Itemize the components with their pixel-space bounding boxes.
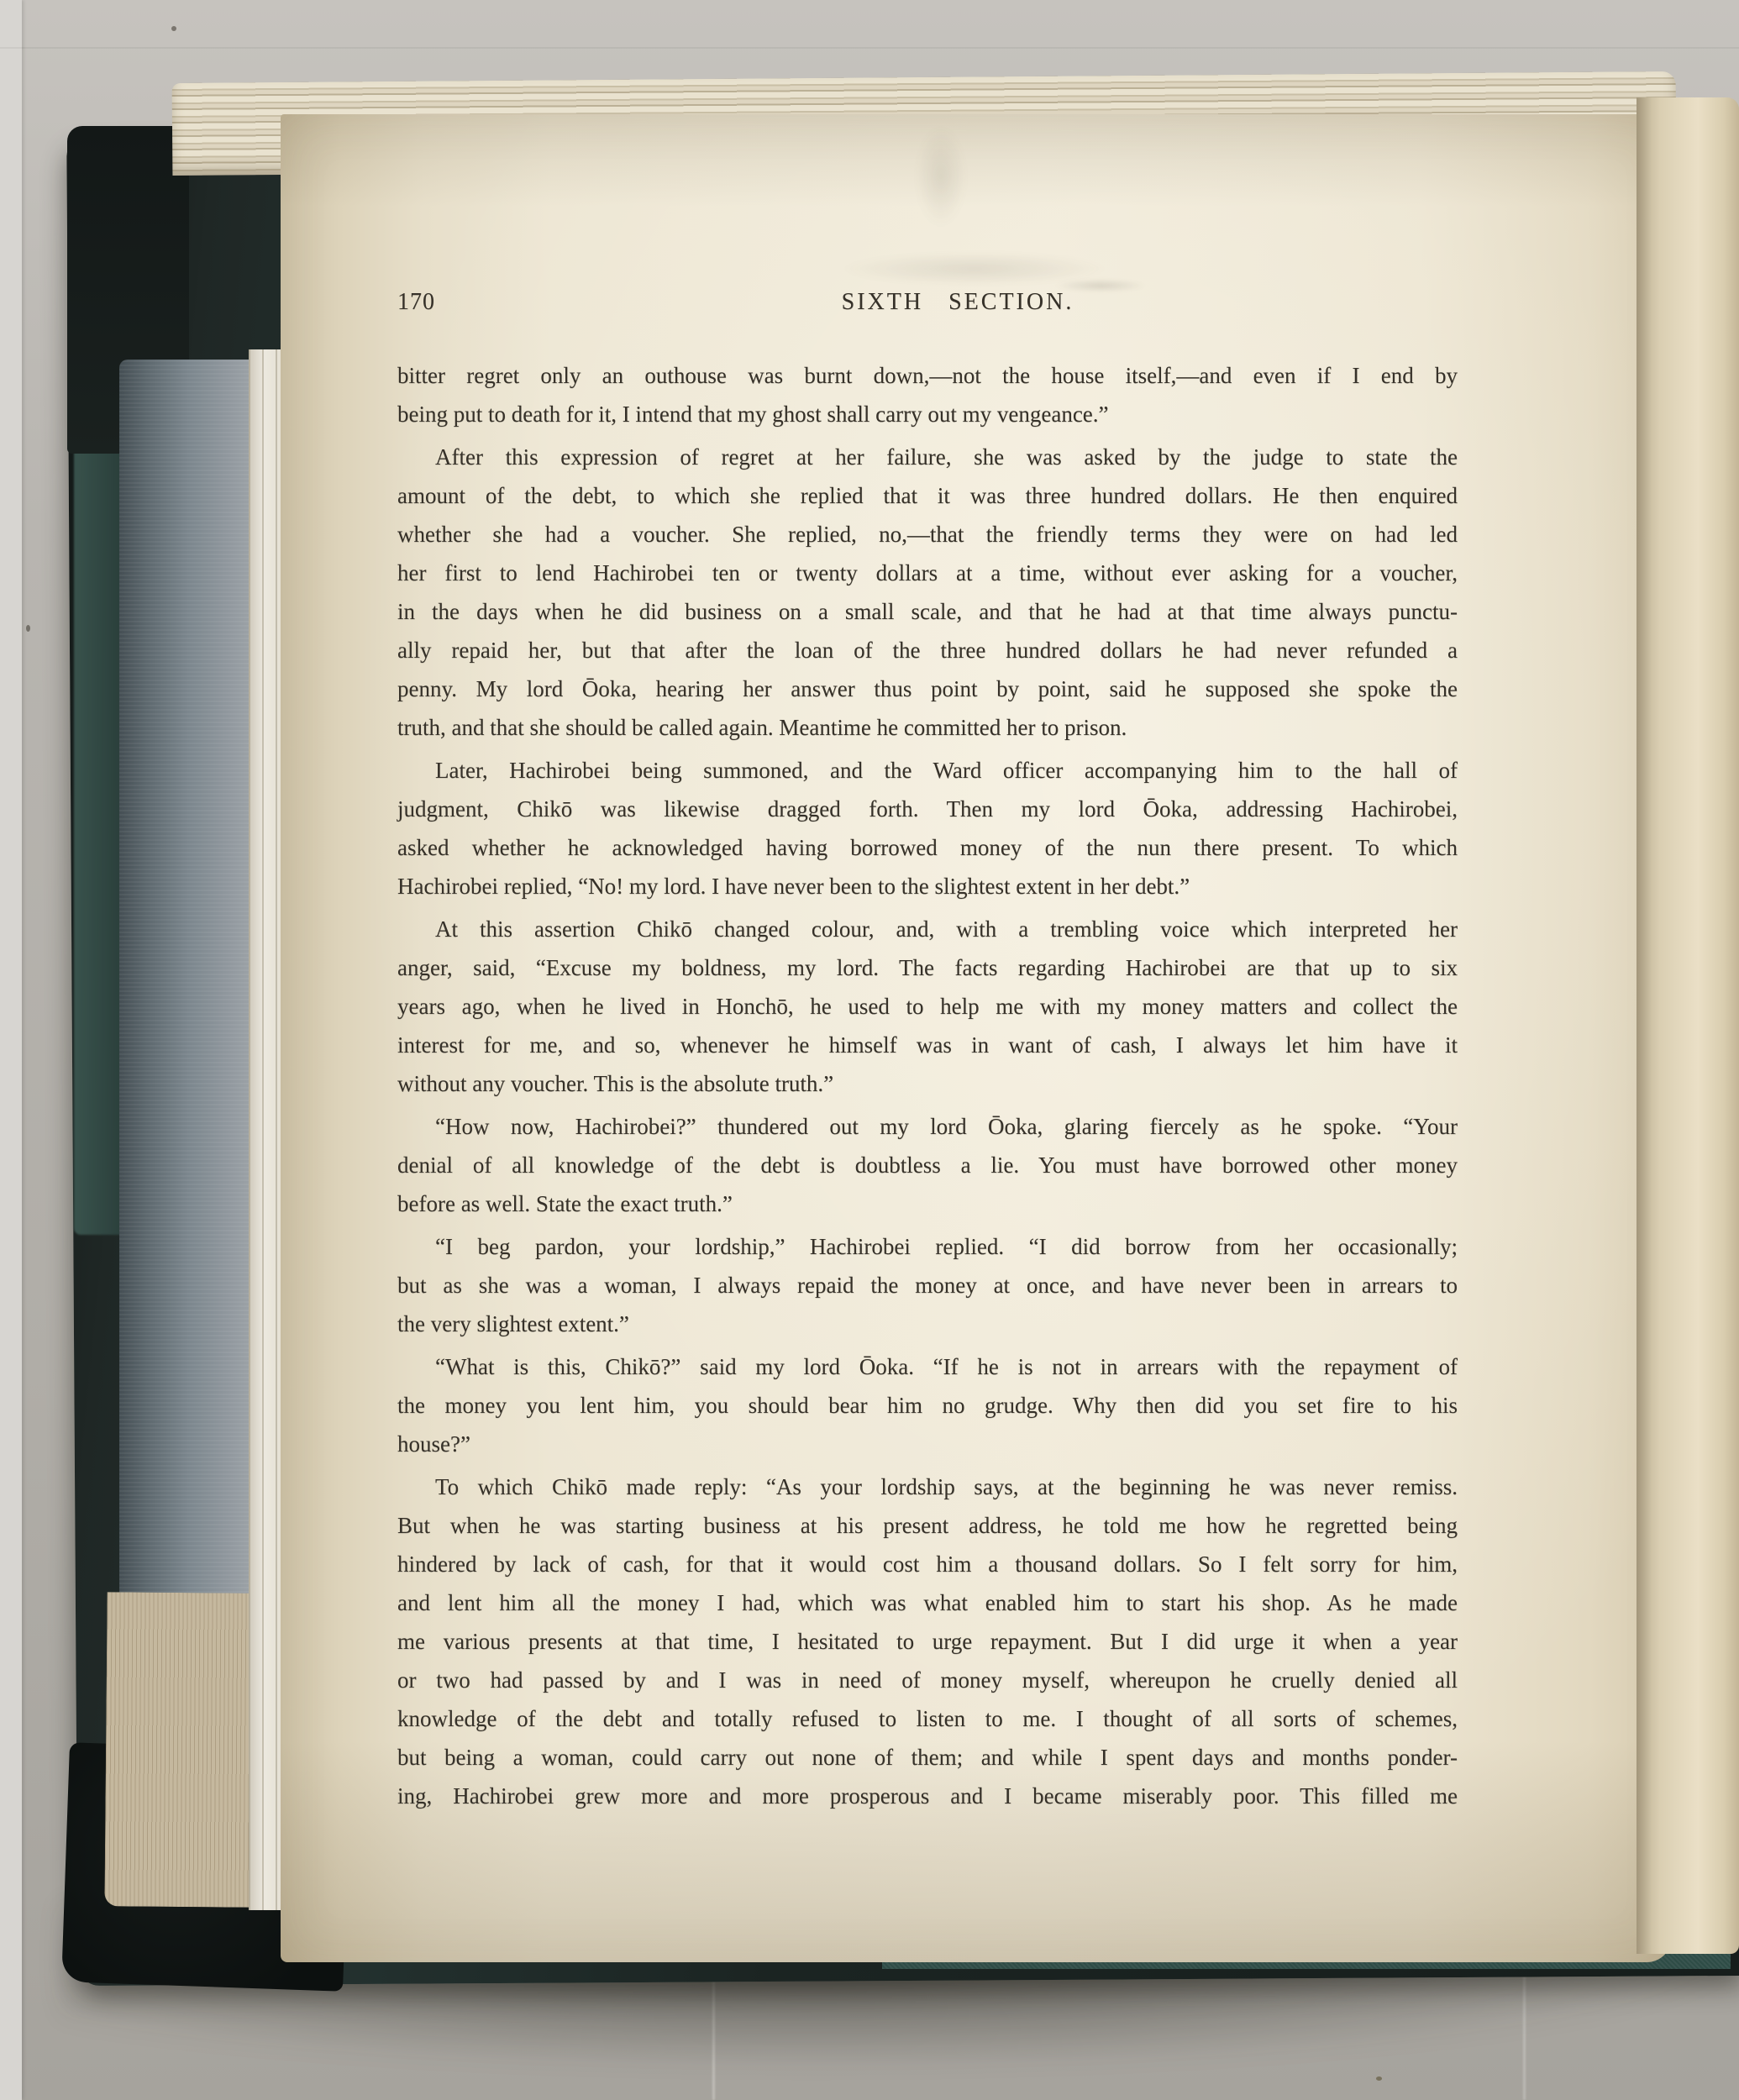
text-line: At this assertion Chikō changed colour, … bbox=[397, 910, 1458, 948]
page-curl-right bbox=[1637, 97, 1739, 1954]
text-line: hindered by lack of cash, for that it wo… bbox=[397, 1545, 1458, 1583]
page-stack-fore-edge bbox=[104, 1592, 253, 1908]
running-header: SIXTH SECTION. bbox=[842, 289, 1074, 316]
text-line: ing, Hachirobei grew more and more prosp… bbox=[397, 1777, 1458, 1815]
dust-speck bbox=[1376, 2076, 1382, 2081]
text-line: without any voucher. This is the absolut… bbox=[397, 1064, 1458, 1103]
paragraph: At this assertion Chikō changed colour, … bbox=[397, 910, 1458, 1103]
text-line: truth, and that she should be called aga… bbox=[397, 708, 1458, 747]
paragraph: “What is this, Chikō?” said my lord Ōoka… bbox=[397, 1347, 1458, 1463]
text-line: and lent him all the money I had, which … bbox=[397, 1583, 1458, 1622]
book-photo: 170 SIXTH SECTION. bitter regret only an… bbox=[0, 0, 1739, 2100]
text-line: the very slightest extent.” bbox=[397, 1305, 1458, 1343]
background-left-strip bbox=[0, 0, 22, 2100]
text-line: denial of all knowledge of the debt is d… bbox=[397, 1146, 1458, 1184]
text-line: bitter regret only an outhouse was burnt… bbox=[397, 356, 1458, 395]
text-line: me various presents at that time, I hesi… bbox=[397, 1622, 1458, 1661]
text-line: anger, said, “Excuse my boldness, my lor… bbox=[397, 948, 1458, 987]
text-line: her first to lend Hachirobei ten or twen… bbox=[397, 554, 1458, 592]
page-text: bitter regret only an outhouse was burnt… bbox=[397, 356, 1458, 1819]
paragraph: “How now, Hachirobei?” thundered out my … bbox=[397, 1107, 1458, 1223]
text-line: the money you lent him, you should bear … bbox=[397, 1386, 1458, 1425]
text-line: amount of the debt, to which she replied… bbox=[397, 476, 1458, 515]
text-line: ally repaid her, but that after the loan… bbox=[397, 631, 1458, 669]
text-line: judgment, Chikō was likewise dragged for… bbox=[397, 790, 1458, 828]
text-line: but being a woman, could carry out none … bbox=[397, 1738, 1458, 1777]
paragraph: Later, Hachirobei being summoned, and th… bbox=[397, 751, 1458, 906]
text-line: before as well. State the exact truth.” bbox=[397, 1184, 1458, 1223]
text-line: To which Chikō made reply: “As your lord… bbox=[397, 1467, 1458, 1506]
text-line: “I beg pardon, your lordship,” Hachirobe… bbox=[397, 1227, 1458, 1266]
dust-speck bbox=[26, 625, 30, 632]
show-through-smudge bbox=[916, 126, 966, 227]
cover-cloth-left bbox=[74, 395, 126, 1235]
text-line: knowledge of the debt and totally refuse… bbox=[397, 1699, 1458, 1738]
text-line: in the days when he did business on a sm… bbox=[397, 592, 1458, 631]
paragraph: To which Chikō made reply: “As your lord… bbox=[397, 1467, 1458, 1815]
paragraph: “I beg pardon, your lordship,” Hachirobe… bbox=[397, 1227, 1458, 1343]
text-line: “How now, Hachirobei?” thundered out my … bbox=[397, 1107, 1458, 1146]
text-line: asked whether he acknowledged having bor… bbox=[397, 828, 1458, 867]
text-line: Later, Hachirobei being summoned, and th… bbox=[397, 751, 1458, 790]
text-line: or two had passed by and I was in need o… bbox=[397, 1661, 1458, 1699]
text-line: being put to death for it, I intend that… bbox=[397, 395, 1458, 433]
text-line: Hachirobei replied, “No! my lord. I have… bbox=[397, 867, 1458, 906]
text-line: penny. My lord Ōoka, hearing her answer … bbox=[397, 669, 1458, 708]
background-surface-seam bbox=[0, 47, 1739, 49]
text-line: years ago, when he lived in Honchō, he u… bbox=[397, 987, 1458, 1026]
text-line: house?” bbox=[397, 1425, 1458, 1463]
text-line: “What is this, Chikō?” said my lord Ōoka… bbox=[397, 1347, 1458, 1386]
text-line: whether she had a voucher. She replied, … bbox=[397, 515, 1458, 554]
dust-speck bbox=[171, 26, 176, 31]
page-number: 170 bbox=[397, 289, 435, 316]
text-line: interest for me, and so, whenever he him… bbox=[397, 1026, 1458, 1064]
text-line: but as she was a woman, I always repaid … bbox=[397, 1266, 1458, 1305]
paragraph: bitter regret only an outhouse was burnt… bbox=[397, 356, 1458, 433]
text-line: After this expression of regret at her f… bbox=[397, 438, 1458, 476]
paragraph: After this expression of regret at her f… bbox=[397, 438, 1458, 747]
text-line: But when he was starting business at his… bbox=[397, 1506, 1458, 1545]
